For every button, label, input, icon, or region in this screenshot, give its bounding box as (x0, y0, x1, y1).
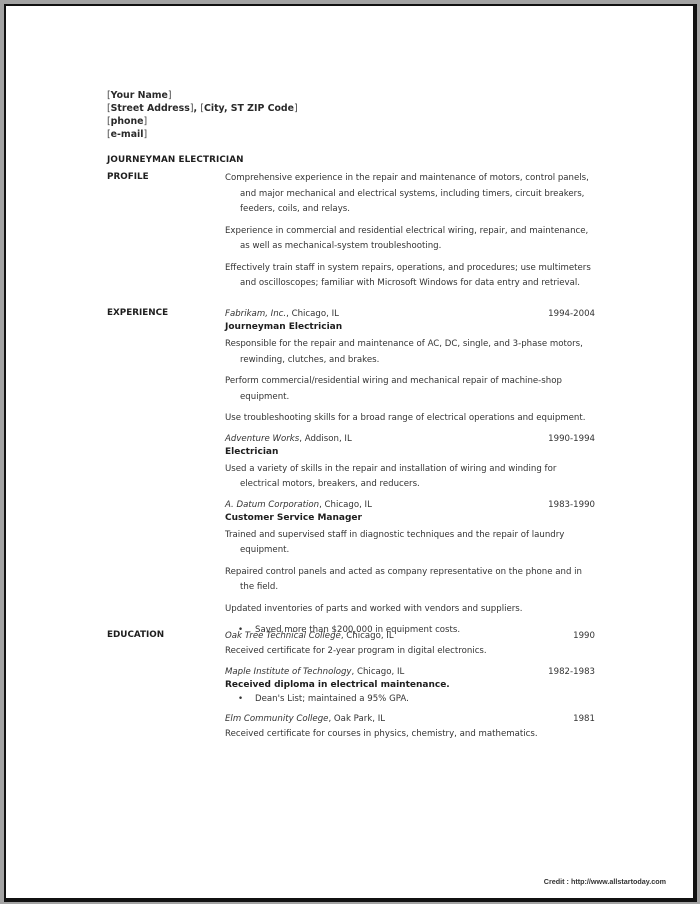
job-location: Addison, IL (305, 434, 352, 444)
education-label: EDUCATION (107, 630, 164, 640)
job-header: Fabrikam, Inc., Chicago, IL 1994-2004 (225, 308, 595, 321)
job-item: Use troubleshooting skills for a broad r… (225, 411, 595, 427)
contact-name: [Your Name] (107, 89, 298, 102)
job-title: Customer Service Manager (225, 512, 595, 525)
job-item: Perform commercial/residential wiring an… (225, 374, 595, 405)
job-company: Fabrikam, Inc. (225, 309, 286, 319)
school-entry: Elm Community College, Oak Park, IL 1981… (225, 713, 595, 743)
job-title: Journeyman Electrician (225, 321, 595, 334)
school-dates: 1990 (573, 630, 595, 643)
resume-document: [Your Name] [Street Address], [City, ST … (6, 6, 693, 898)
job-item: Updated inventories of parts and worked … (225, 602, 595, 618)
school-name: Oak Tree Technical College (225, 631, 341, 641)
job-company: Adventure Works (225, 434, 299, 444)
profile-item: Effectively train staff in system repair… (225, 261, 595, 292)
job-company: A. Datum Corporation (225, 500, 319, 510)
school-location: Chicago, IL (357, 667, 404, 677)
job-title: Electrician (225, 446, 595, 459)
job-item: Repaired control panels and acted as com… (225, 565, 595, 596)
job-header: Adventure Works, Addison, IL 1990-1994 (225, 433, 595, 446)
job-location: Chicago, IL (325, 500, 372, 510)
school-entry: Oak Tree Technical College, Chicago, IL … (225, 630, 595, 660)
profile-item: Comprehensive experience in the repair a… (225, 171, 595, 218)
job-dates: 1983-1990 (548, 499, 595, 512)
school-name: Maple Institute of Technology (225, 667, 352, 677)
school-detail: Received certificate for courses in phys… (225, 727, 595, 743)
resume-page: [Your Name] [Street Address], [City, ST … (4, 4, 697, 902)
profile-item: Experience in commercial and residential… (225, 224, 595, 255)
job-dates: 1994-2004 (548, 308, 595, 321)
job-entry: Adventure Works, Addison, IL 1990-1994 E… (225, 433, 595, 493)
school-bullet: Dean's List; maintained a 95% GPA. (225, 692, 595, 708)
experience-label: EXPERIENCE (107, 308, 168, 318)
school-header: Oak Tree Technical College, Chicago, IL … (225, 630, 595, 643)
contact-address: [Street Address], [City, ST ZIP Code] (107, 102, 298, 115)
school-header: Maple Institute of Technology, Chicago, … (225, 666, 595, 679)
credit-text: Credit : http://www.allstartoday.com (544, 877, 666, 886)
school-dates: 1982-1983 (548, 666, 595, 679)
profile-label: PROFILE (107, 172, 149, 182)
school-location: Chicago, IL (346, 631, 393, 641)
objective-title: JOURNEYMAN ELECTRICIAN (107, 155, 244, 165)
school-title: Received diploma in electrical maintenan… (225, 679, 595, 692)
school-dates: 1981 (573, 713, 595, 726)
school-entry: Maple Institute of Technology, Chicago, … (225, 666, 595, 708)
job-location: Chicago, IL (292, 309, 339, 319)
contact-phone: [phone] (107, 115, 298, 128)
job-item: Trained and supervised staff in diagnost… (225, 528, 595, 559)
school-header: Elm Community College, Oak Park, IL 1981 (225, 713, 595, 726)
job-header: A. Datum Corporation, Chicago, IL 1983-1… (225, 499, 595, 512)
school-detail: Received certificate for 2-year program … (225, 644, 595, 660)
school-name: Elm Community College (225, 714, 328, 724)
job-item: Used a variety of skills in the repair a… (225, 462, 595, 493)
contact-email: [e-mail] (107, 128, 298, 141)
job-entry: A. Datum Corporation, Chicago, IL 1983-1… (225, 499, 595, 639)
job-entry: Fabrikam, Inc., Chicago, IL 1994-2004 Jo… (225, 308, 595, 427)
school-location: Oak Park, IL (334, 714, 385, 724)
contact-block: [Your Name] [Street Address], [City, ST … (107, 89, 298, 141)
job-item: Responsible for the repair and maintenan… (225, 337, 595, 368)
job-dates: 1990-1994 (548, 433, 595, 446)
